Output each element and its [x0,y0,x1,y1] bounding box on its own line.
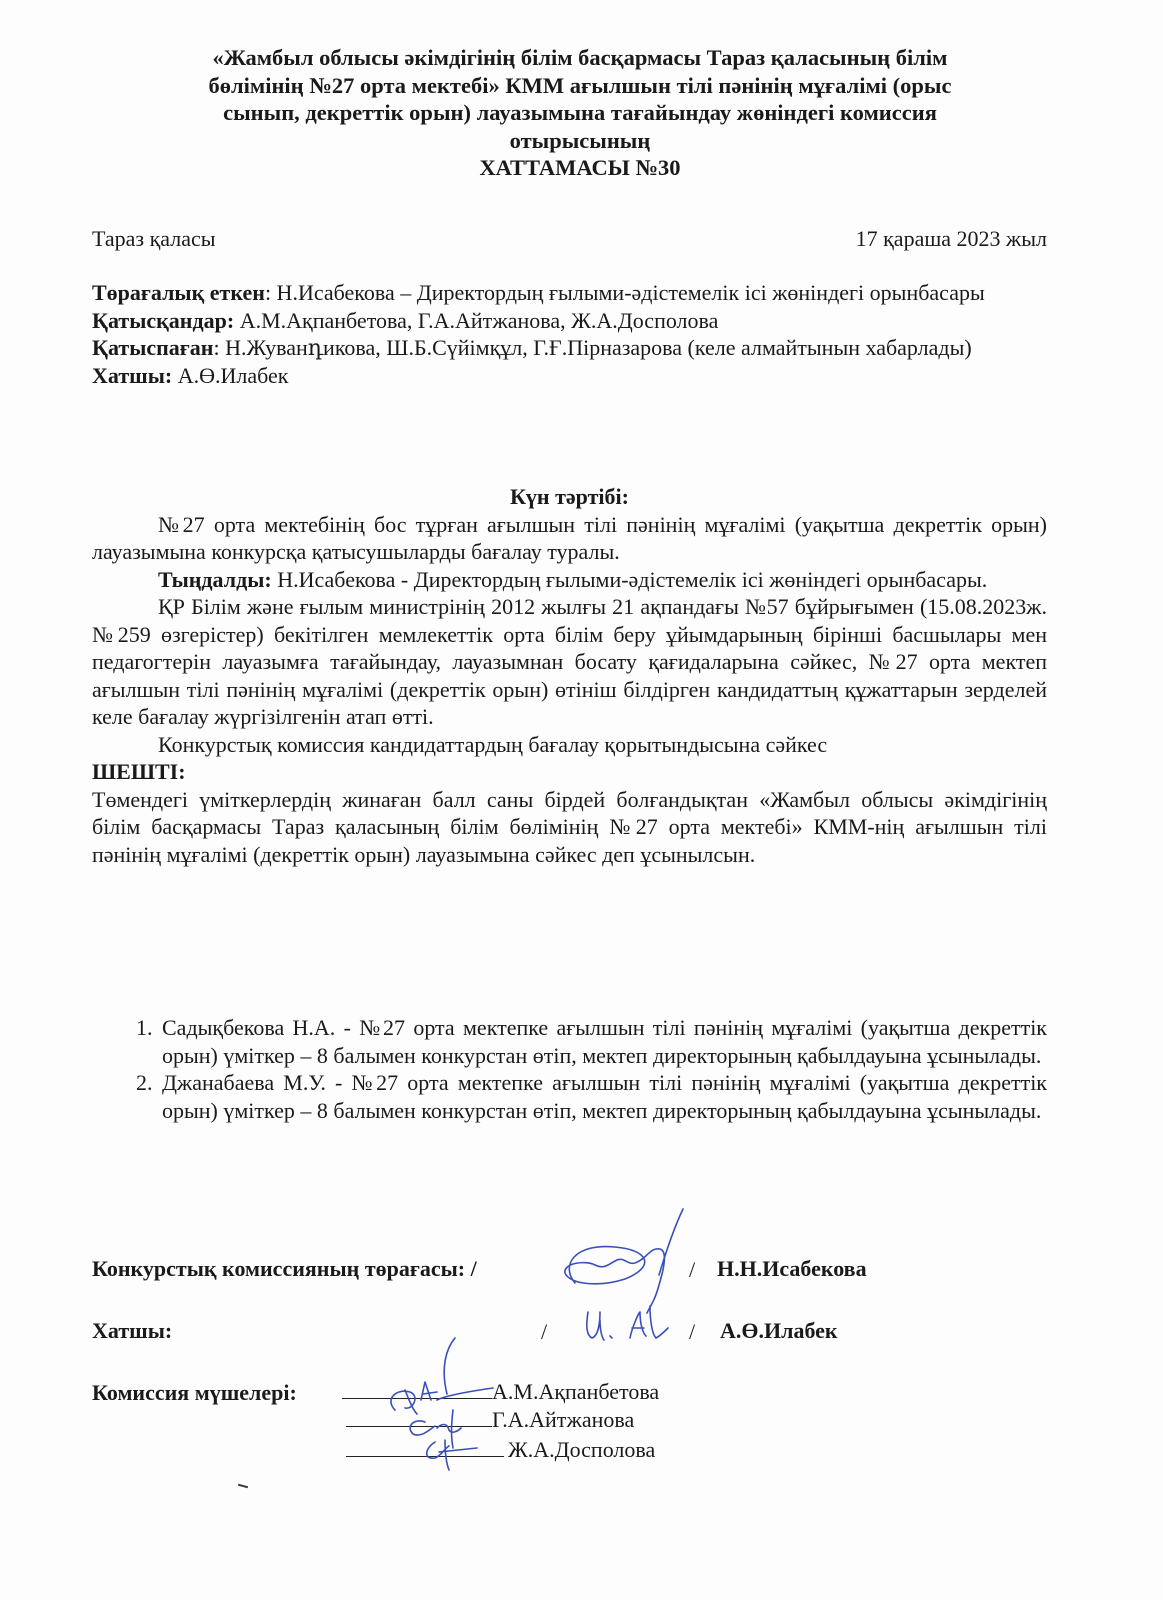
slash: / [541,1319,547,1345]
candidates-list: Садықбекова Н.А. - №27 орта мектепке ағы… [92,1014,1047,1124]
candidate-item: Джанабаева М.У. - №27 орта мектепке ағыл… [158,1069,1047,1124]
decided-label: ШЕШТІ: [92,758,1047,786]
secretary-label: Хатшы: [92,363,172,388]
title-line: отырысының [90,127,1070,155]
commission-text: Конкурстық комиссия кандидаттардың бағал… [92,731,1047,759]
member-signatures-icon [365,1330,505,1470]
title-line: «Жамбыл облысы әкімдігінің білім басқарм… [90,44,1070,72]
secretary-signature-icon [580,1300,680,1345]
scan-mark [238,1484,248,1489]
absent-line: Қатыспаған: Н.Жуванդикова, Ш.Б.Сүйімқұл,… [92,334,1047,362]
secretary-signature-label: Хатшы: [92,1318,172,1344]
agenda-heading: Күн тәртібі: [92,483,1047,511]
agenda-section: Күн тәртібі: №27 орта мектебінің бос тұр… [92,483,1047,868]
heard-value: Н.Исабекова - Директордың ғылыми-әдістем… [272,567,988,592]
candidates-section: Садықбекова Н.А. - №27 орта мектепке ағы… [92,1014,1047,1124]
date: 17 қараша 2023 жыл [856,226,1047,252]
agenda-body: ҚР Білім және ғылым министрінің 2012 жыл… [92,593,1047,731]
chair-line: Төрағалық еткен: Н.Исабекова – Директорд… [92,279,1047,307]
member-name: Г.А.Айтжанова [492,1407,634,1432]
slash: / [689,1319,695,1345]
candidate-item: Садықбекова Н.А. - №27 орта мектепке ағы… [158,1014,1047,1069]
present-value: А.М.Ақпанбетова, Г.А.Айтжанова, Ж.А.Досп… [234,308,718,333]
title-line: бөлімінің №27 орта мектебі» КММ ағылшын … [90,72,1070,100]
decision-text: Төмендегі үміткерлердің жинаған балл сан… [92,786,1047,869]
member-name: Ж.А.Досполова [508,1437,655,1462]
absent-label: Қатыспаған [92,335,213,360]
secretary-line: Хатшы: А.Ө.Илабек [92,362,1047,390]
secretary-name: А.Ө.Илабек [720,1318,838,1344]
chair-label: Төрағалық еткен [92,280,265,305]
chair-signature-icon [555,1205,695,1315]
members-label: Комиссия мүшелері: [92,1380,297,1406]
slash: / [689,1257,695,1283]
secretary-value: А.Ө.Илабек [172,363,288,388]
chair-signature-label: Конкурстық комиссияның төрағасы: / [92,1256,477,1282]
member-name: А.М.Ақпанбетова [492,1379,659,1404]
chair-value: : Н.Исабекова – Директордың ғылыми-әдіст… [265,280,985,305]
present-label: Қатысқандар: [92,308,234,333]
heard-label: Тыңдалды: [158,567,272,592]
protocol-number: ХАТТАМАСЫ №30 [90,154,1070,182]
meta-row: Тараз қаласы 17 қараша 2023 жыл [92,226,1047,252]
agenda-item: №27 орта мектебінің бос тұрған ағылшын т… [92,511,1047,566]
document-page: «Жамбыл облысы әкімдігінің білім басқарм… [0,0,1163,1600]
document-title: «Жамбыл облысы әкімдігінің білім басқарм… [90,44,1070,182]
title-line: сынып, декреттік орын) лауазымына тағайы… [90,99,1070,127]
chair-name: Н.Н.Исабекова [717,1256,867,1282]
attendance-section: Төрағалық еткен: Н.Исабекова – Директорд… [92,279,1047,389]
heard-line: Тыңдалды: Н.Исабекова - Директордың ғылы… [92,566,1047,594]
absent-value: : Н.Жуванդикова, Ш.Б.Сүйімқұл, Г.Ғ.Пірна… [213,335,971,360]
city: Тараз қаласы [92,226,216,252]
present-line: Қатысқандар: А.М.Ақпанбетова, Г.А.Айтжан… [92,307,1047,335]
